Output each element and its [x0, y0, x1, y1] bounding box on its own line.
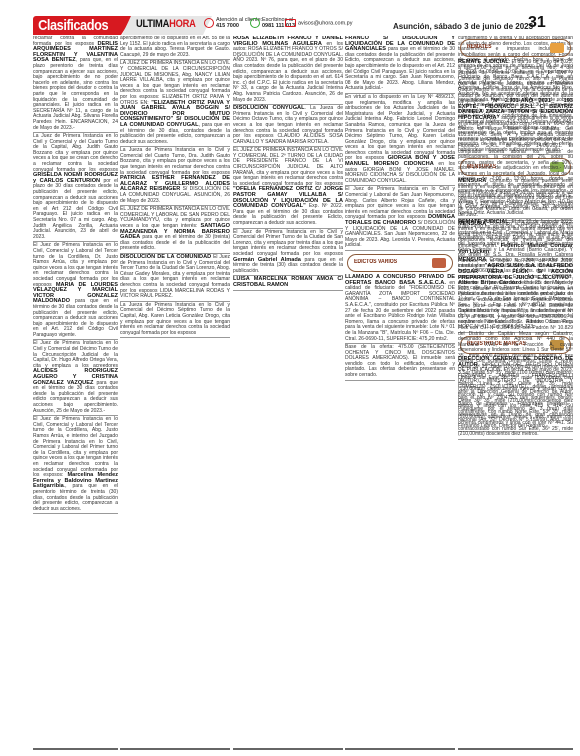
classified-notice: ROSA ELIZABETH FRANCO Y DANIEL VIRGILIO … [233, 36, 343, 103]
section-banner: Clasificados [33, 16, 133, 35]
classified-notice: La Juez de Primera Instancia en lo Civil… [33, 134, 118, 240]
classified-notice: LA JUEZ DE PRIMERA INSTANCIA EN LO CIVIL… [120, 61, 230, 145]
page-number: 31 [528, 14, 546, 32]
divider [33, 748, 118, 750]
classified-notice: DISOLUCIÓN DE LA COMUNIDAD El Juez de Pr… [120, 255, 230, 300]
notice-divider [233, 290, 343, 291]
section-label: EDICTOS VARIOS [354, 260, 397, 266]
text-column-1: reclamar contra la comunidad formada por… [33, 36, 118, 746]
notice-divider [345, 380, 455, 381]
classified-notice: La Jueza de Primera Instancia en lo Civi… [120, 303, 230, 337]
whatsapp-icon [250, 18, 260, 28]
newspaper-logo: ULTIMAHORA [136, 18, 196, 30]
divider [458, 748, 573, 750]
classified-notice: EL JUEZ DE PRIMERA INSTANCIA EN LO CIVIL… [120, 207, 230, 252]
classified-notice: LUISA MARCELINA ROMAN AMOA C/ CRISTOBAL … [233, 277, 343, 288]
text-column-4: FRANCO S/ DISOLUCIÓN Y LIQUIDACIÓN DE LA… [345, 36, 455, 746]
contact-email[interactable]: avisos@uhora.com.py [285, 19, 353, 27]
classified-notice: FRANCO S/ DISOLUCIÓN Y LIQUIDACIÓN DE LA… [345, 36, 455, 92]
classified-notice: El Juez de Primera Instancia en lo Civil… [233, 230, 343, 275]
divider [345, 748, 455, 750]
section-icon [432, 258, 446, 268]
section-title: Clasificados [33, 16, 108, 35]
classified-notice: apercibimiento de lo dispuesto en el Art… [120, 36, 230, 58]
classified-notice: reclamar contra la comunidad formada por… [33, 36, 118, 131]
classified-notice: El Juez de Primera Instancia en lo Civil… [33, 243, 118, 338]
classified-notice: El Juez de Primera Instancia en lo Civil… [345, 187, 455, 249]
notice-divider [33, 513, 118, 514]
classified-notice: REMATE JUDICIAL: El día 19 de Junio de 2… [458, 60, 573, 217]
classified-notice: En virtud a lo dispuesto en la Ley Nº 48… [345, 95, 455, 185]
text-column-2: apercibimiento de lo dispuesto en el Art… [120, 36, 230, 746]
notice-divider [345, 250, 455, 251]
classified-notice: Base de la oferta: 475.00 (SETECIENTOS O… [345, 345, 455, 379]
section-icon [550, 43, 564, 53]
mail-icon [285, 19, 296, 27]
classified-notice: DISOLUCIÓN CONYUGAL. La Jueza de Primera… [233, 106, 343, 145]
section-label: REMATES [467, 45, 492, 51]
phone-icon [204, 18, 214, 28]
text-column-6: REMATESREMATE JUDICIAL: El día 19 de Jun… [458, 36, 573, 746]
classified-notice: La Jueza de Primera Instancia en lo Civi… [120, 148, 230, 204]
divider [120, 748, 230, 750]
issue-date: Asunción, sábado 3 de junio de 2023 [393, 22, 533, 31]
section-header: REMATES [460, 39, 571, 57]
classified-notice: El Juez de Primera Instancia en lo Civil… [33, 417, 118, 512]
classified-notice: REMATE JUDICIAL: El día 20 de Junio de 2… [458, 220, 573, 438]
page-header: Clasificados ULTIMAHORA Atención al clie… [0, 0, 580, 28]
classified-notice: EL JUEZ DE PRIMERA INSTANCIA EN LO CIVIL… [233, 148, 343, 226]
section-header: EDICTOS VARIOS [347, 254, 453, 272]
notice-divider [120, 337, 230, 338]
classified-notice: LLAMADO A CONCURSO PRIVADO DE OFERTAS BA… [345, 275, 455, 342]
divider [233, 748, 343, 750]
notice-divider [458, 439, 573, 440]
text-column-3: ROSA ELIZABETH FRANCO Y DANIEL VIRGILIO … [233, 36, 343, 746]
classified-notice: El Juez de Primera Instancia en lo Civil… [33, 341, 118, 414]
